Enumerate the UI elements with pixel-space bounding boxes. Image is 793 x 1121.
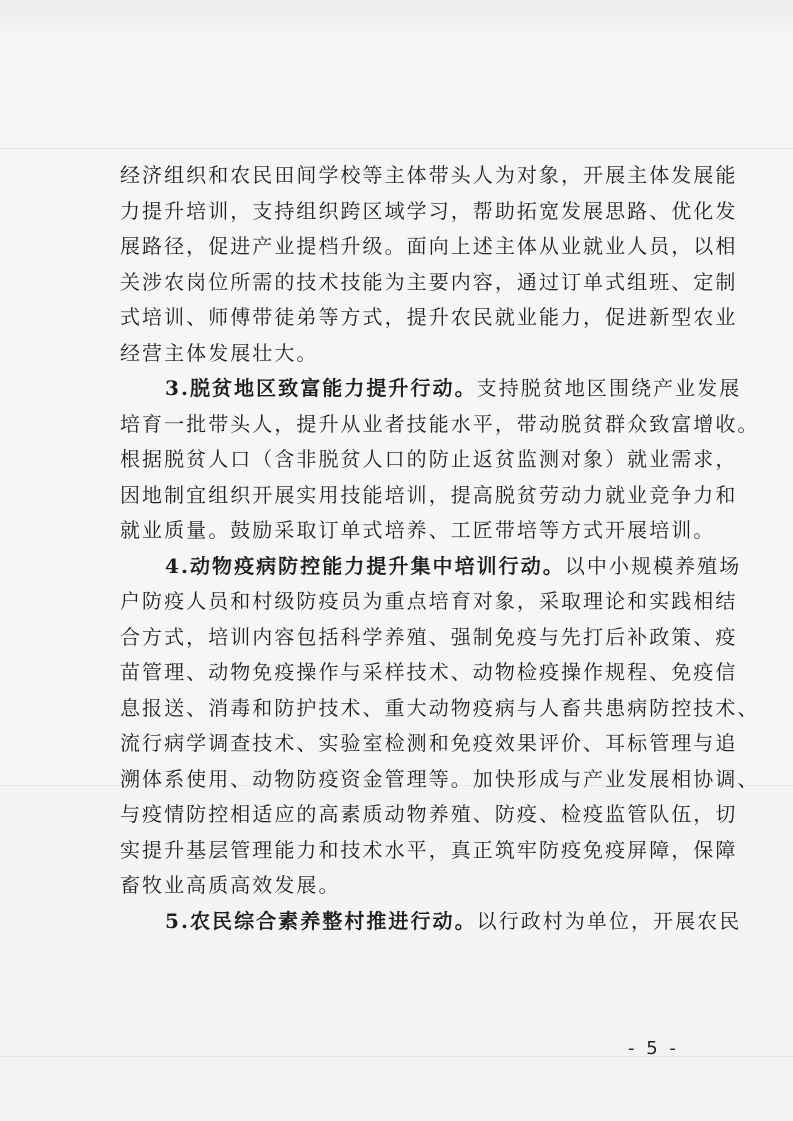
text-line: 就业质量。鼓励采取订单式培养、工匠带培等方式开展培训。	[120, 513, 680, 549]
text-line: 经营主体发展壮大。	[120, 336, 680, 372]
text-span: 以中小规模养殖场	[565, 554, 741, 578]
document-page: 经济组织和农民田间学校等主体带头人为对象，开展主体发展能 力提升培训，支持组织跨…	[0, 0, 793, 1121]
text-line: 因地制宜组织开展实用技能培训，提高脱贫劳动力就业竞争力和	[120, 478, 680, 514]
paragraph-item-3: 3.脱贫地区致富能力提升行动。支持脱贫地区围绕产业发展 培育一批带头人，提升从业…	[120, 371, 680, 549]
text-line: 力提升培训，支持组织跨区域学习，帮助拓宽发展思路、优化发	[120, 194, 680, 230]
document-body: 经济组织和农民田间学校等主体带头人为对象，开展主体发展能 力提升培训，支持组织跨…	[120, 158, 680, 939]
page-number: - 5 -	[628, 1038, 679, 1059]
section-heading: 4.动物疫病防控能力提升集中培训行动。	[165, 554, 565, 578]
text-line: 溯体系使用、动物防疫资金管理等。加快形成与产业发展相协调、	[120, 762, 680, 798]
text-line: 户防疫人员和村级防疫员为重点培育对象，采取理论和实践相结	[120, 584, 680, 620]
paragraph-item-4: 4.动物疫病防控能力提升集中培训行动。以中小规模养殖场 户防疫人员和村级防疫员为…	[120, 549, 680, 904]
text-line: 与疫情防控相适应的高素质动物养殖、防疫、检疫监管队伍，切	[120, 797, 680, 833]
text-line: 合方式，培训内容包括科学养殖、强制免疫与先打后补政策、疫	[120, 620, 680, 656]
text-line: 实提升基层管理能力和技术水平，真正筑牢防疫免疫屏障，保障	[120, 833, 680, 869]
section-heading: 5.农民综合素养整村推进行动。	[165, 909, 477, 933]
text-line: 关涉农岗位所需的技术技能为主要内容，通过订单式组班、定制	[120, 265, 680, 301]
text-span: 以行政村为单位，开展农民	[477, 909, 742, 933]
paragraph-first-line: 4.动物疫病防控能力提升集中培训行动。以中小规模养殖场	[120, 549, 680, 585]
text-line: 经济组织和农民田间学校等主体带头人为对象，开展主体发展能	[120, 158, 680, 194]
paragraph-item-5: 5.农民综合素养整村推进行动。以行政村为单位，开展农民	[120, 904, 680, 940]
paragraph-first-line: 3.脱贫地区致富能力提升行动。支持脱贫地区围绕产业发展	[120, 371, 680, 407]
text-span: 支持脱贫地区围绕产业发展	[477, 376, 742, 400]
text-line: 畜牧业高质高效发展。	[120, 868, 680, 904]
text-line: 展路径，促进产业提档升级。面向上述主体从业就业人员，以相	[120, 229, 680, 265]
text-line: 式培训、师傅带徒弟等方式，提升农民就业能力，促进新型农业	[120, 300, 680, 336]
section-heading: 3.脱贫地区致富能力提升行动。	[165, 376, 477, 400]
text-line: 根据脱贫人口（含非脱贫人口的防止返贫监测对象）就业需求，	[120, 442, 680, 478]
text-line: 苗管理、动物免疫操作与采样技术、动物检疫操作规程、免疫信	[120, 655, 680, 691]
scan-artifact-line	[0, 148, 793, 149]
text-line: 培育一批带头人，提升从业者技能水平，带动脱贫群众致富增收。	[120, 407, 680, 443]
text-line: 流行病学调查技术、实验室检测和免疫效果评价、耳标管理与追	[120, 726, 680, 762]
paragraph-first-line: 5.农民综合素养整村推进行动。以行政村为单位，开展农民	[120, 904, 680, 940]
paragraph-continuation: 经济组织和农民田间学校等主体带头人为对象，开展主体发展能 力提升培训，支持组织跨…	[120, 158, 680, 371]
text-line: 息报送、消毒和防护技术、重大动物疫病与人畜共患病防控技术、	[120, 691, 680, 727]
